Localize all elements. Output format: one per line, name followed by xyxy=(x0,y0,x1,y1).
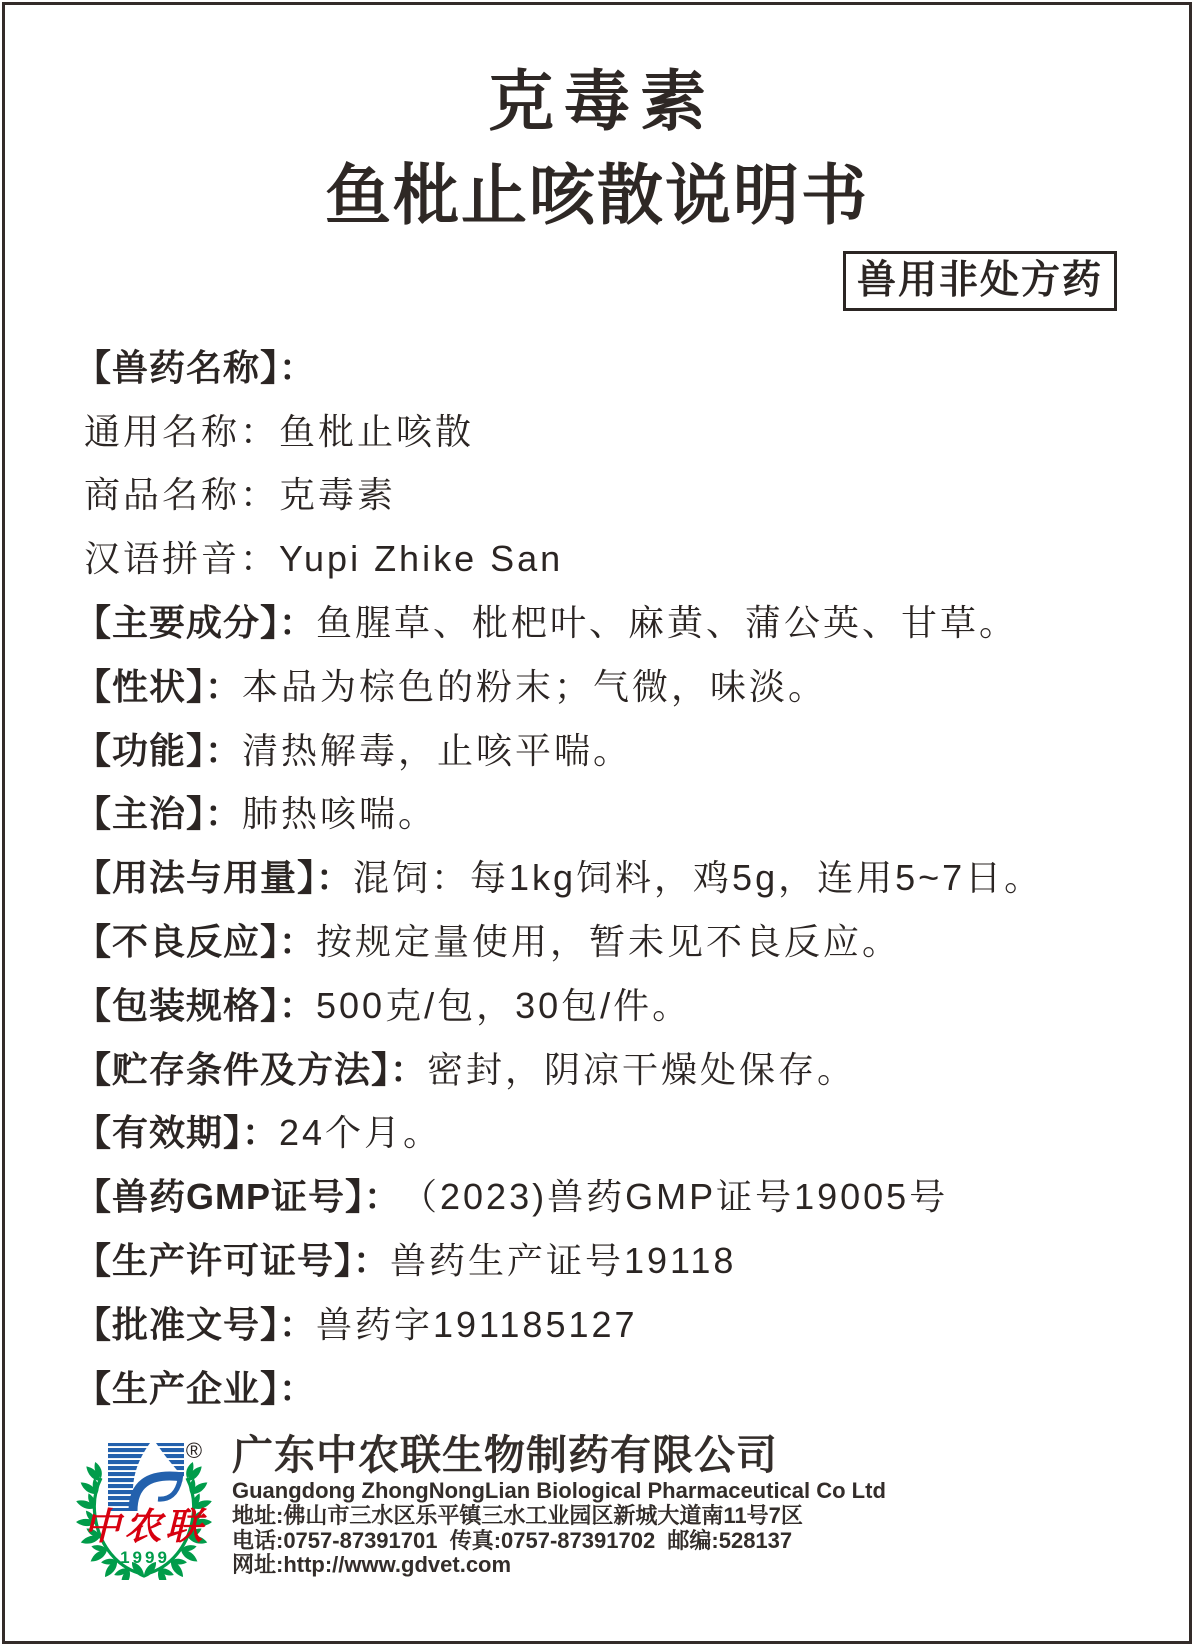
spec-label: 【生产企业】： xyxy=(75,1369,316,1409)
otc-badge: 兽用非处方药 xyxy=(843,251,1117,311)
spec-label: 【主要成分】： xyxy=(75,603,316,643)
spec-label: 【功能】： xyxy=(75,731,242,771)
spec-row-trade-name: 商品名称：克毒素 xyxy=(75,464,1154,528)
spec-list: 【兽药名称】： 通用名称：鱼枇止咳散 商品名称：克毒素 汉语拼音：Yupi Zh… xyxy=(75,336,1154,1421)
spec-value: 兽药生产证号19118 xyxy=(390,1241,736,1281)
leaflet-title: 鱼枇止咳散说明书 xyxy=(0,162,1194,228)
spec-row-gmp-no: 【兽药GMP证号】：（2023)兽药GMP证号19005号 xyxy=(75,1165,1154,1229)
company-phone-fax-zip: 电话:0757-87391701 传真:0757-87391702 邮编:528… xyxy=(232,1529,886,1554)
n-mark-icon xyxy=(108,1443,184,1511)
spec-row-storage: 【贮存条件及方法】：密封，阴凉干燥处保存。 xyxy=(75,1038,1154,1102)
spec-row-function: 【功能】：清热解毒，止咳平喘。 xyxy=(75,719,1154,783)
spec-row-pinyin: 汉语拼音：Yupi Zhike San xyxy=(75,527,1154,591)
company-name: 广东中农联生物制药有限公司 xyxy=(232,1432,886,1478)
spec-row-validity: 【有效期】：24个月。 xyxy=(75,1102,1154,1166)
spec-label: 【生产许可证号】： xyxy=(75,1241,390,1281)
spec-row-drug-name: 【兽药名称】： xyxy=(75,336,1154,400)
spec-value: 商品名称：克毒素 xyxy=(84,475,396,515)
spec-value: 密封，阴凉干燥处保存。 xyxy=(427,1050,856,1090)
company-address: 地址:佛山市三水区乐平镇三水工业园区新城大道南11号7区 xyxy=(232,1504,886,1529)
spec-row-approval-no: 【批准文号】：兽药字191185127 xyxy=(75,1293,1154,1357)
spec-label: 【有效期】： xyxy=(75,1113,279,1153)
spec-label: 【性状】： xyxy=(75,667,242,707)
leaflet-page: { "page": { "title_line1": "克毒素", "title… xyxy=(0,0,1194,1646)
spec-value: 混饲：每1kg饲料，鸡5g，连用5~7日。 xyxy=(353,858,1043,898)
spec-row-package: 【包装规格】：500克/包，30包/件。 xyxy=(75,974,1154,1038)
spec-row-ingredients: 【主要成分】：鱼腥草、枇杷叶、麻黄、蒲公英、甘草。 xyxy=(75,591,1154,655)
spec-value: 鱼腥草、枇杷叶、麻黄、蒲公英、甘草。 xyxy=(316,603,1018,643)
spec-label: 【不良反应】： xyxy=(75,922,316,962)
spec-row-indication: 【主治】：肺热咳喘。 xyxy=(75,783,1154,847)
logo-year-text: 1999 xyxy=(120,1548,170,1567)
spec-value: 肺热咳喘。 xyxy=(242,794,437,834)
spec-value: 兽药字191185127 xyxy=(316,1305,638,1345)
company-block: 广东中农联生物制药有限公司 Guangdong ZhongNongLian Bi… xyxy=(232,1432,886,1578)
spec-row-usage-dosage: 【用法与用量】：混饲：每1kg饲料，鸡5g，连用5~7日。 xyxy=(75,846,1154,910)
spec-label: 【主治】： xyxy=(75,794,242,834)
logo-brand-text: 中农联 xyxy=(84,1506,208,1547)
spec-value: 清热解毒，止咳平喘。 xyxy=(242,731,632,771)
company-logo-graphic: ® 中农联 1999 xyxy=(72,1436,216,1580)
product-trade-name-title: 克毒素 xyxy=(0,68,1194,134)
spec-value: 本品为棕色的粉末；气微，味淡。 xyxy=(242,667,827,707)
spec-value: 500克/包，30包/件。 xyxy=(316,986,691,1026)
spec-value: 24个月。 xyxy=(279,1113,442,1153)
spec-label: 【用法与用量】： xyxy=(75,858,353,898)
spec-row-manufacturer: 【生产企业】： xyxy=(75,1357,1154,1421)
spec-label: 【兽药名称】： xyxy=(75,348,316,388)
spec-row-character: 【性状】：本品为棕色的粉末；气微，味淡。 xyxy=(75,655,1154,719)
spec-label: 【兽药GMP证号】： xyxy=(75,1177,401,1217)
spec-value: （2023)兽药GMP证号19005号 xyxy=(401,1177,948,1217)
company-website: 网址:http://www.gdvet.com xyxy=(232,1553,886,1578)
spec-value: 按规定量使用，暂未见不良反应。 xyxy=(316,922,901,962)
company-name-en: Guangdong ZhongNongLian Biological Pharm… xyxy=(232,1478,886,1504)
spec-row-adverse-reaction: 【不良反应】：按规定量使用，暂未见不良反应。 xyxy=(75,910,1154,974)
spec-label: 【批准文号】： xyxy=(75,1305,316,1345)
spec-label: 【贮存条件及方法】： xyxy=(75,1050,427,1090)
spec-row-license-no: 【生产许可证号】：兽药生产证号19118 xyxy=(75,1229,1154,1293)
spec-value: 通用名称：鱼枇止咳散 xyxy=(84,412,474,452)
spec-value: 汉语拼音：Yupi Zhike San xyxy=(84,539,563,579)
spec-row-generic-name: 通用名称：鱼枇止咳散 xyxy=(75,400,1154,464)
spec-label: 【包装规格】： xyxy=(75,986,316,1026)
company-logo: ® 中农联 1999 xyxy=(72,1436,216,1580)
registered-icon: ® xyxy=(186,1438,202,1463)
